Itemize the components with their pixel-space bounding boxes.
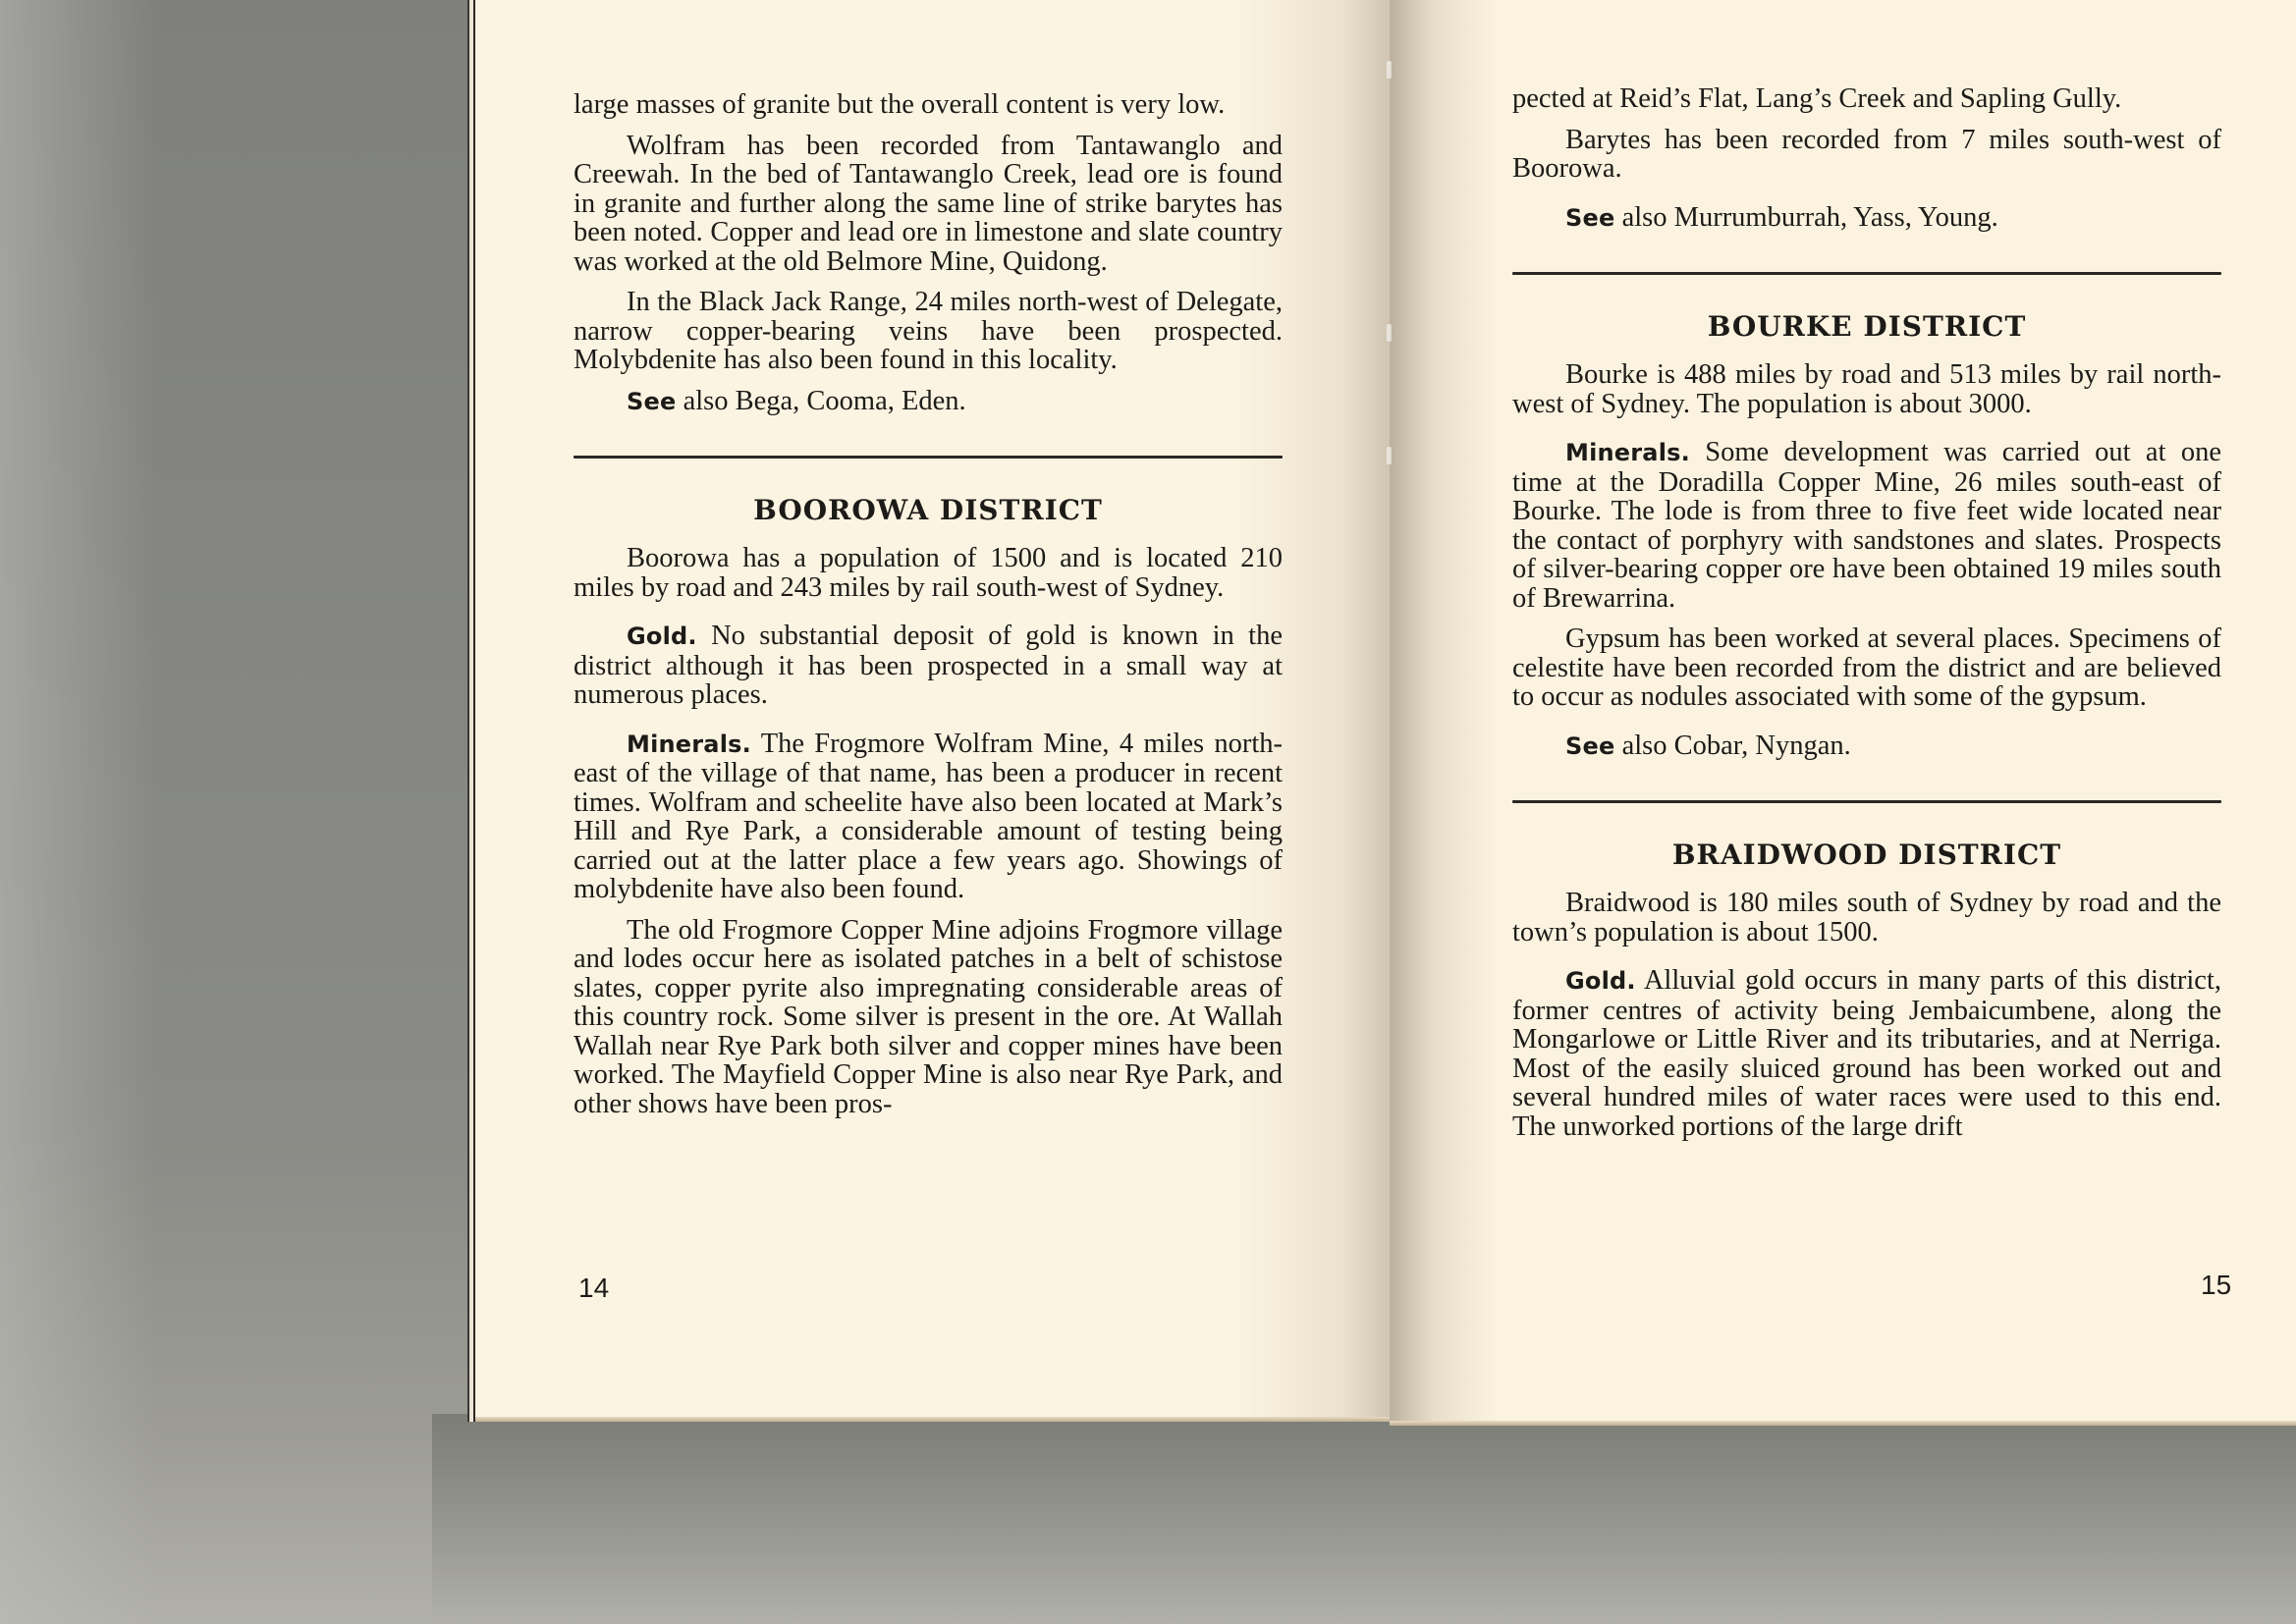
minerals-label: Minerals.: [627, 731, 751, 758]
see-label: See: [627, 388, 676, 415]
left-page: large masses of granite but the overall …: [473, 0, 1392, 1422]
section-heading-braidwood: BRAIDWOOD DISTRICT: [1512, 839, 2221, 871]
section-divider: [1512, 272, 2221, 275]
page-number-left: 14: [578, 1272, 609, 1304]
boorowa-gold: Gold. No substantial deposit of gold is …: [574, 622, 1283, 710]
background-surface: [0, 0, 157, 1624]
see-also-text: also Murrumburrah, Yass, Young.: [1614, 202, 1997, 233]
barytes-paragraph: Barytes has been recorded from 7 miles s…: [1512, 126, 2221, 184]
continuation-paragraph: pected at Reid’s Flat, Lang’s Creek and …: [1512, 84, 2221, 114]
boorowa-minerals: Minerals. The Frogmore Wolfram Mine, 4 m…: [574, 730, 1283, 904]
bourke-minerals: Minerals. Some development was carried o…: [1512, 438, 2221, 613]
braidwood-gold: Gold. Alluvial gold occurs in many parts…: [1512, 966, 2221, 1141]
gold-label: Gold.: [627, 623, 697, 650]
gutter-shadow-right: [1390, 0, 1498, 1426]
section-divider: [1512, 800, 2221, 803]
page-number-right: 15: [2201, 1270, 2231, 1301]
section-divider: [574, 456, 1283, 459]
see-label: See: [1565, 204, 1614, 232]
section-heading-bourke: BOURKE DISTRICT: [1512, 310, 2221, 343]
binding-staple: [1387, 61, 1392, 79]
boorowa-intro: Boorowa has a population of 1500 and is …: [574, 544, 1283, 602]
black-jack-range-paragraph: In the Black Jack Range, 24 miles north-…: [574, 288, 1283, 375]
binding-staple: [1387, 324, 1392, 342]
see-also-paragraph: See also Cobar, Nyngan.: [1512, 731, 2221, 762]
bourke-intro: Bourke is 488 miles by road and 513 mile…: [1512, 360, 2221, 418]
page-bottom-edge: [475, 1417, 1392, 1422]
right-page: pected at Reid’s Flat, Lang’s Creek and …: [1390, 0, 2296, 1426]
binding-staple: [1387, 447, 1392, 464]
gold-label: Gold.: [1565, 967, 1636, 995]
book-shadow: [432, 1414, 2296, 1624]
see-also-paragraph: See also Murrumburrah, Yass, Young.: [1512, 203, 2221, 234]
see-label: See: [1565, 732, 1614, 760]
continuation-paragraph: large masses of granite but the overall …: [574, 90, 1283, 120]
minerals-label: Minerals.: [1565, 439, 1690, 466]
section-heading-boorowa: BOOROWA DISTRICT: [574, 494, 1283, 526]
see-also-text: also Bega, Cooma, Eden.: [676, 386, 965, 416]
bourke-gypsum: Gypsum has been worked at several places…: [1512, 624, 2221, 712]
boorowa-copper: The old Frogmore Copper Mine adjoins Fro…: [574, 916, 1283, 1119]
see-also-text: also Cobar, Nyngan.: [1614, 731, 1850, 761]
braidwood-intro: Braidwood is 180 miles south of Sydney b…: [1512, 889, 2221, 947]
see-also-paragraph: See also Bega, Cooma, Eden.: [574, 387, 1283, 417]
right-page-text: pected at Reid’s Flat, Lang’s Creek and …: [1512, 84, 2221, 1141]
wolfram-paragraph: Wolfram has been recorded from Tantawang…: [574, 132, 1283, 277]
left-page-text: large masses of granite but the overall …: [574, 90, 1283, 1118]
page-bottom-edge: [1390, 1421, 2296, 1426]
